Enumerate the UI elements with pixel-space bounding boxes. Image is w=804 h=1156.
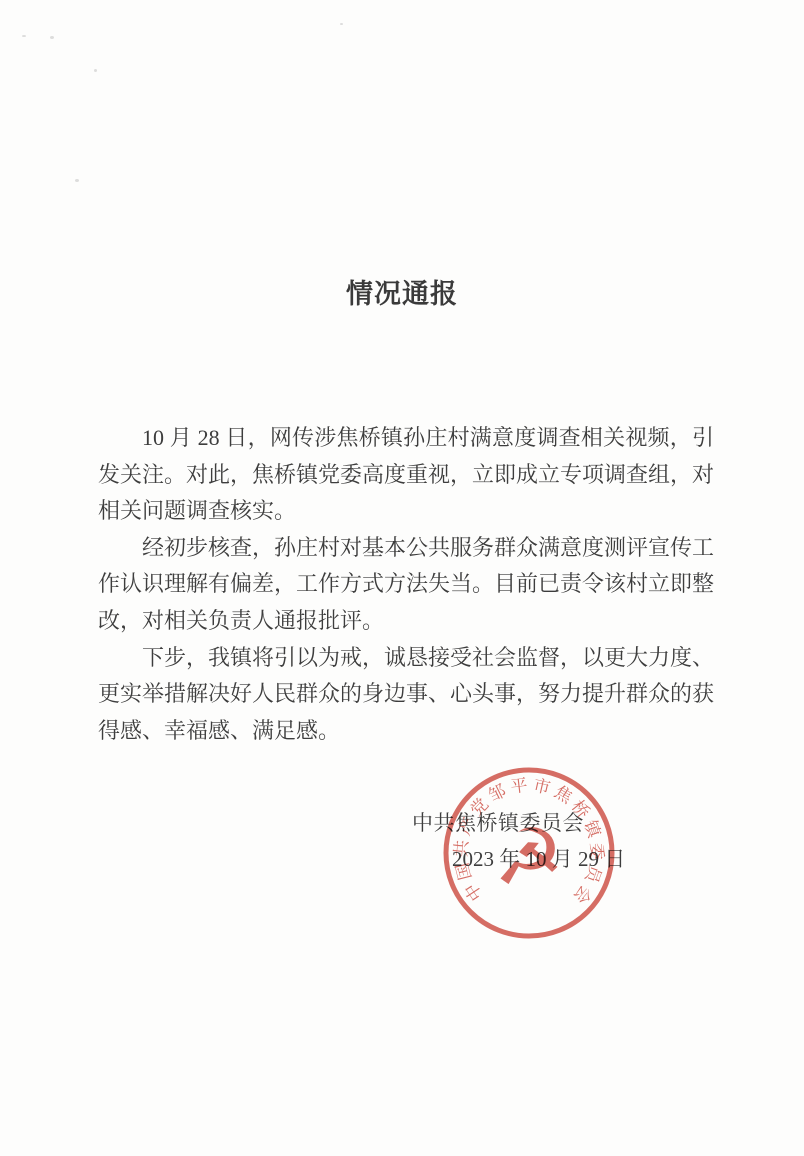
body-paragraph: 10 月 28 日，网传涉焦桥镇孙庄村满意度调查相关视频，引发关注。对此，焦桥镇… xyxy=(98,420,714,530)
scan-speck xyxy=(50,36,54,39)
hammer-sickle-icon: ☭ xyxy=(494,813,564,903)
scan-speck xyxy=(75,179,79,182)
document-title: 情况通报 xyxy=(0,272,804,311)
scan-speck xyxy=(94,69,97,72)
scan-speck xyxy=(340,23,343,25)
document-page: 情况通报 10 月 28 日，网传涉焦桥镇孙庄村满意度调查相关视频，引发关注。对… xyxy=(0,0,804,1156)
body-paragraph: 下步，我镇将引以为戒，诚恳接受社会监督，以更大力度、更实举措解决好人民群众的身边… xyxy=(98,640,714,750)
document-body: 10 月 28 日，网传涉焦桥镇孙庄村满意度调查相关视频，引发关注。对此，焦桥镇… xyxy=(98,420,714,749)
body-paragraph: 经初步核查，孙庄村对基本公共服务群众满意度测评宣传工作认识理解有偏差，工作方式方… xyxy=(98,530,714,640)
official-seal: 中国共产党邹平市焦桥镇委员会 ☭ xyxy=(439,763,619,943)
scan-speck xyxy=(22,35,26,37)
